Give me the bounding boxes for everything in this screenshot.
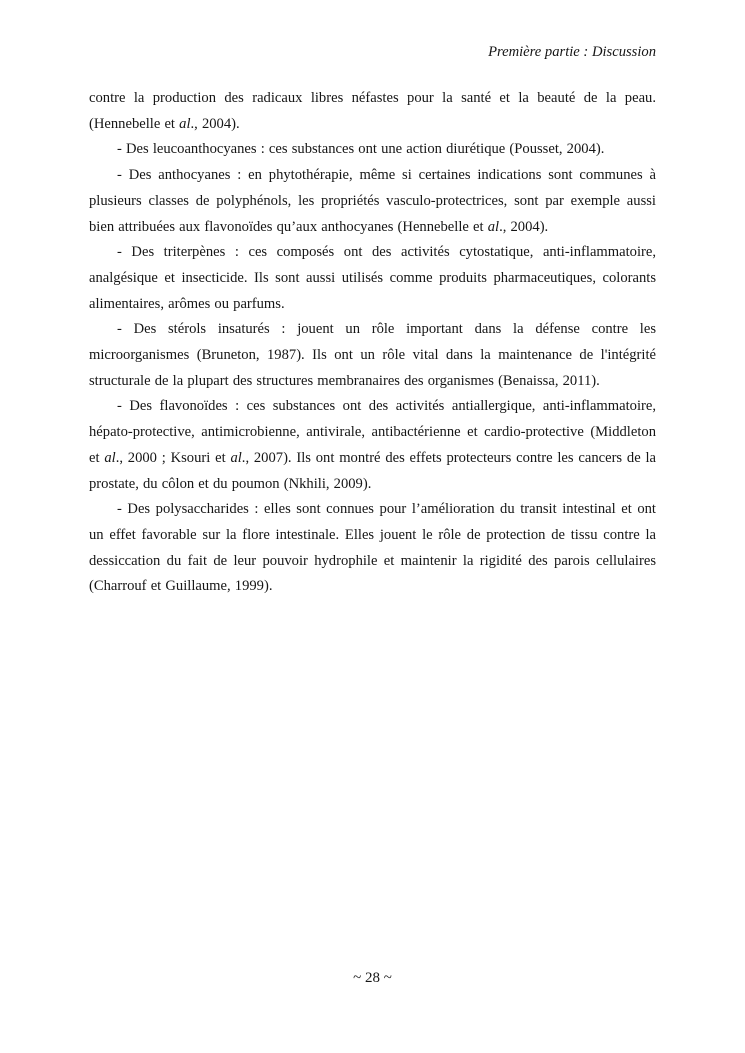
paragraph-anthocyanes: - Des anthocyanes : en phytothérapie, mê… <box>89 163 656 240</box>
paragraph-triterpenes: - Des triterpènes : ces composés ont des… <box>89 240 656 317</box>
text-run: ., 2004). <box>499 219 548 235</box>
text-run: - Des triterpènes : ces composés ont des… <box>89 244 656 311</box>
text-run-italic: al <box>230 450 241 466</box>
text-run: contre la production des radicaux libres… <box>89 90 656 132</box>
text-run-italic: al <box>104 450 115 466</box>
page-number: ~ 28 ~ <box>353 970 392 986</box>
paragraph-sterols: - Des stérols insaturés : jouent un rôle… <box>89 317 656 394</box>
text-run: - Des polysaccharides : elles sont connu… <box>89 501 656 594</box>
paragraph-continuation: contre la production des radicaux libres… <box>89 86 656 137</box>
paragraph-leucoanthocyanes: - Des leucoanthocyanes : ces substances … <box>89 137 656 163</box>
running-header-title: Première partie : Discussion <box>488 44 656 60</box>
text-run-italic: al <box>488 219 499 235</box>
paragraph-flavonoides: - Des flavonoïdes : ces substances ont d… <box>89 394 656 497</box>
page-body: contre la production des radicaux libres… <box>89 86 656 600</box>
page-footer: ~ 28 ~ <box>0 968 745 988</box>
document-page: Première partie : Discussion contre la p… <box>0 0 745 1053</box>
text-run: - Des anthocyanes : en phytothérapie, mê… <box>89 167 656 234</box>
text-run: ., 2004). <box>191 116 240 132</box>
paragraph-polysaccharides: - Des polysaccharides : elles sont connu… <box>89 497 656 600</box>
text-run: - Des leucoanthocyanes : ces substances … <box>117 141 604 157</box>
running-header: Première partie : Discussion <box>89 43 656 61</box>
text-run: ., 2000 ; Ksouri et <box>116 450 231 466</box>
text-run-italic: al <box>179 116 190 132</box>
text-run: - Des stérols insaturés : jouent un rôle… <box>89 321 656 388</box>
